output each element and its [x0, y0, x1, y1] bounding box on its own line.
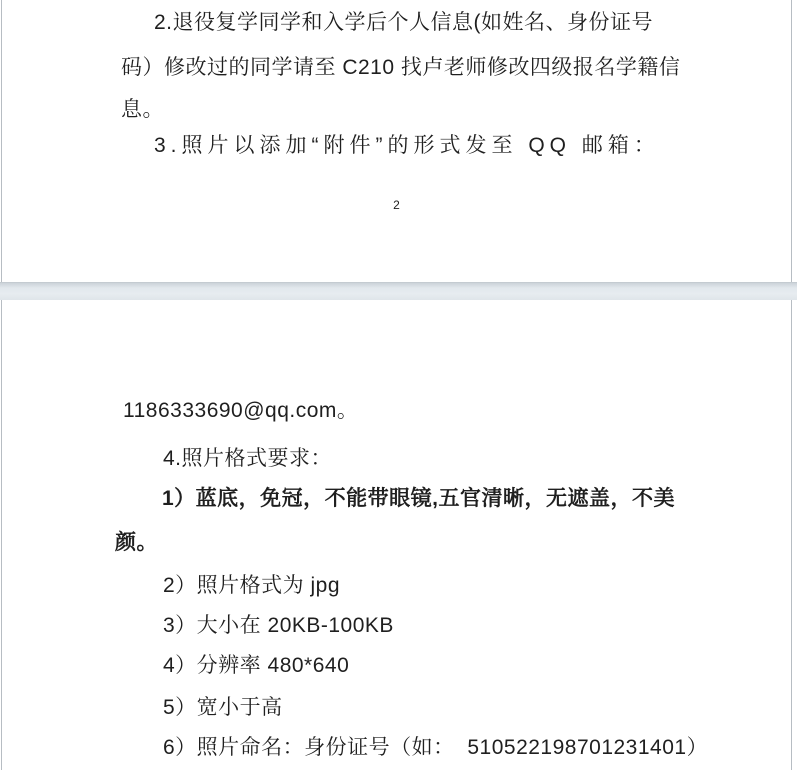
requirement-item-6: 6）照片命名：身份证号（如： 510522198701231401）: [163, 736, 708, 760]
page-1: 2.退役复学同学和入学后个人信息(如姓名、身份证号 码）修改过的同学请至 C21…: [1, 0, 792, 282]
page-number: 2: [2, 198, 791, 212]
paragraph-2-line-3: 息。: [121, 98, 164, 122]
paragraph-3-line-1: 3.照片以添加“附件”的形式发至 QQ 邮箱：: [154, 134, 660, 158]
document-viewer: 2.退役复学同学和入学后个人信息(如姓名、身份证号 码）修改过的同学请至 C21…: [0, 0, 797, 770]
paragraph-4-heading: 4.照片格式要求：: [163, 447, 332, 471]
requirement-item-1-line-1: 1）蓝底，免冠，不能带眼镜,五官清晰，无遮盖，不美: [162, 487, 675, 511]
paragraph-2-line-1: 2.退役复学同学和入学后个人信息(如姓名、身份证号: [154, 11, 653, 35]
requirement-item-4: 4）分辨率 480*640: [163, 654, 349, 678]
requirement-item-5: 5）宽小于高: [163, 696, 283, 720]
paragraph-3-line-2-email: 1186333690@qq.com。: [123, 399, 358, 423]
requirement-item-3: 3）大小在 20KB-100KB: [163, 614, 394, 638]
paragraph-2-line-2: 码）修改过的同学请至 C210 找卢老师修改四级报名学籍信: [121, 56, 680, 80]
requirement-item-1-line-2: 颜。: [115, 531, 158, 555]
requirement-item-2: 2）照片格式为 jpg: [163, 574, 340, 598]
page-break-gap: [0, 282, 797, 300]
page-2: 1186333690@qq.com。 4.照片格式要求： 1）蓝底，免冠，不能带…: [1, 300, 792, 770]
